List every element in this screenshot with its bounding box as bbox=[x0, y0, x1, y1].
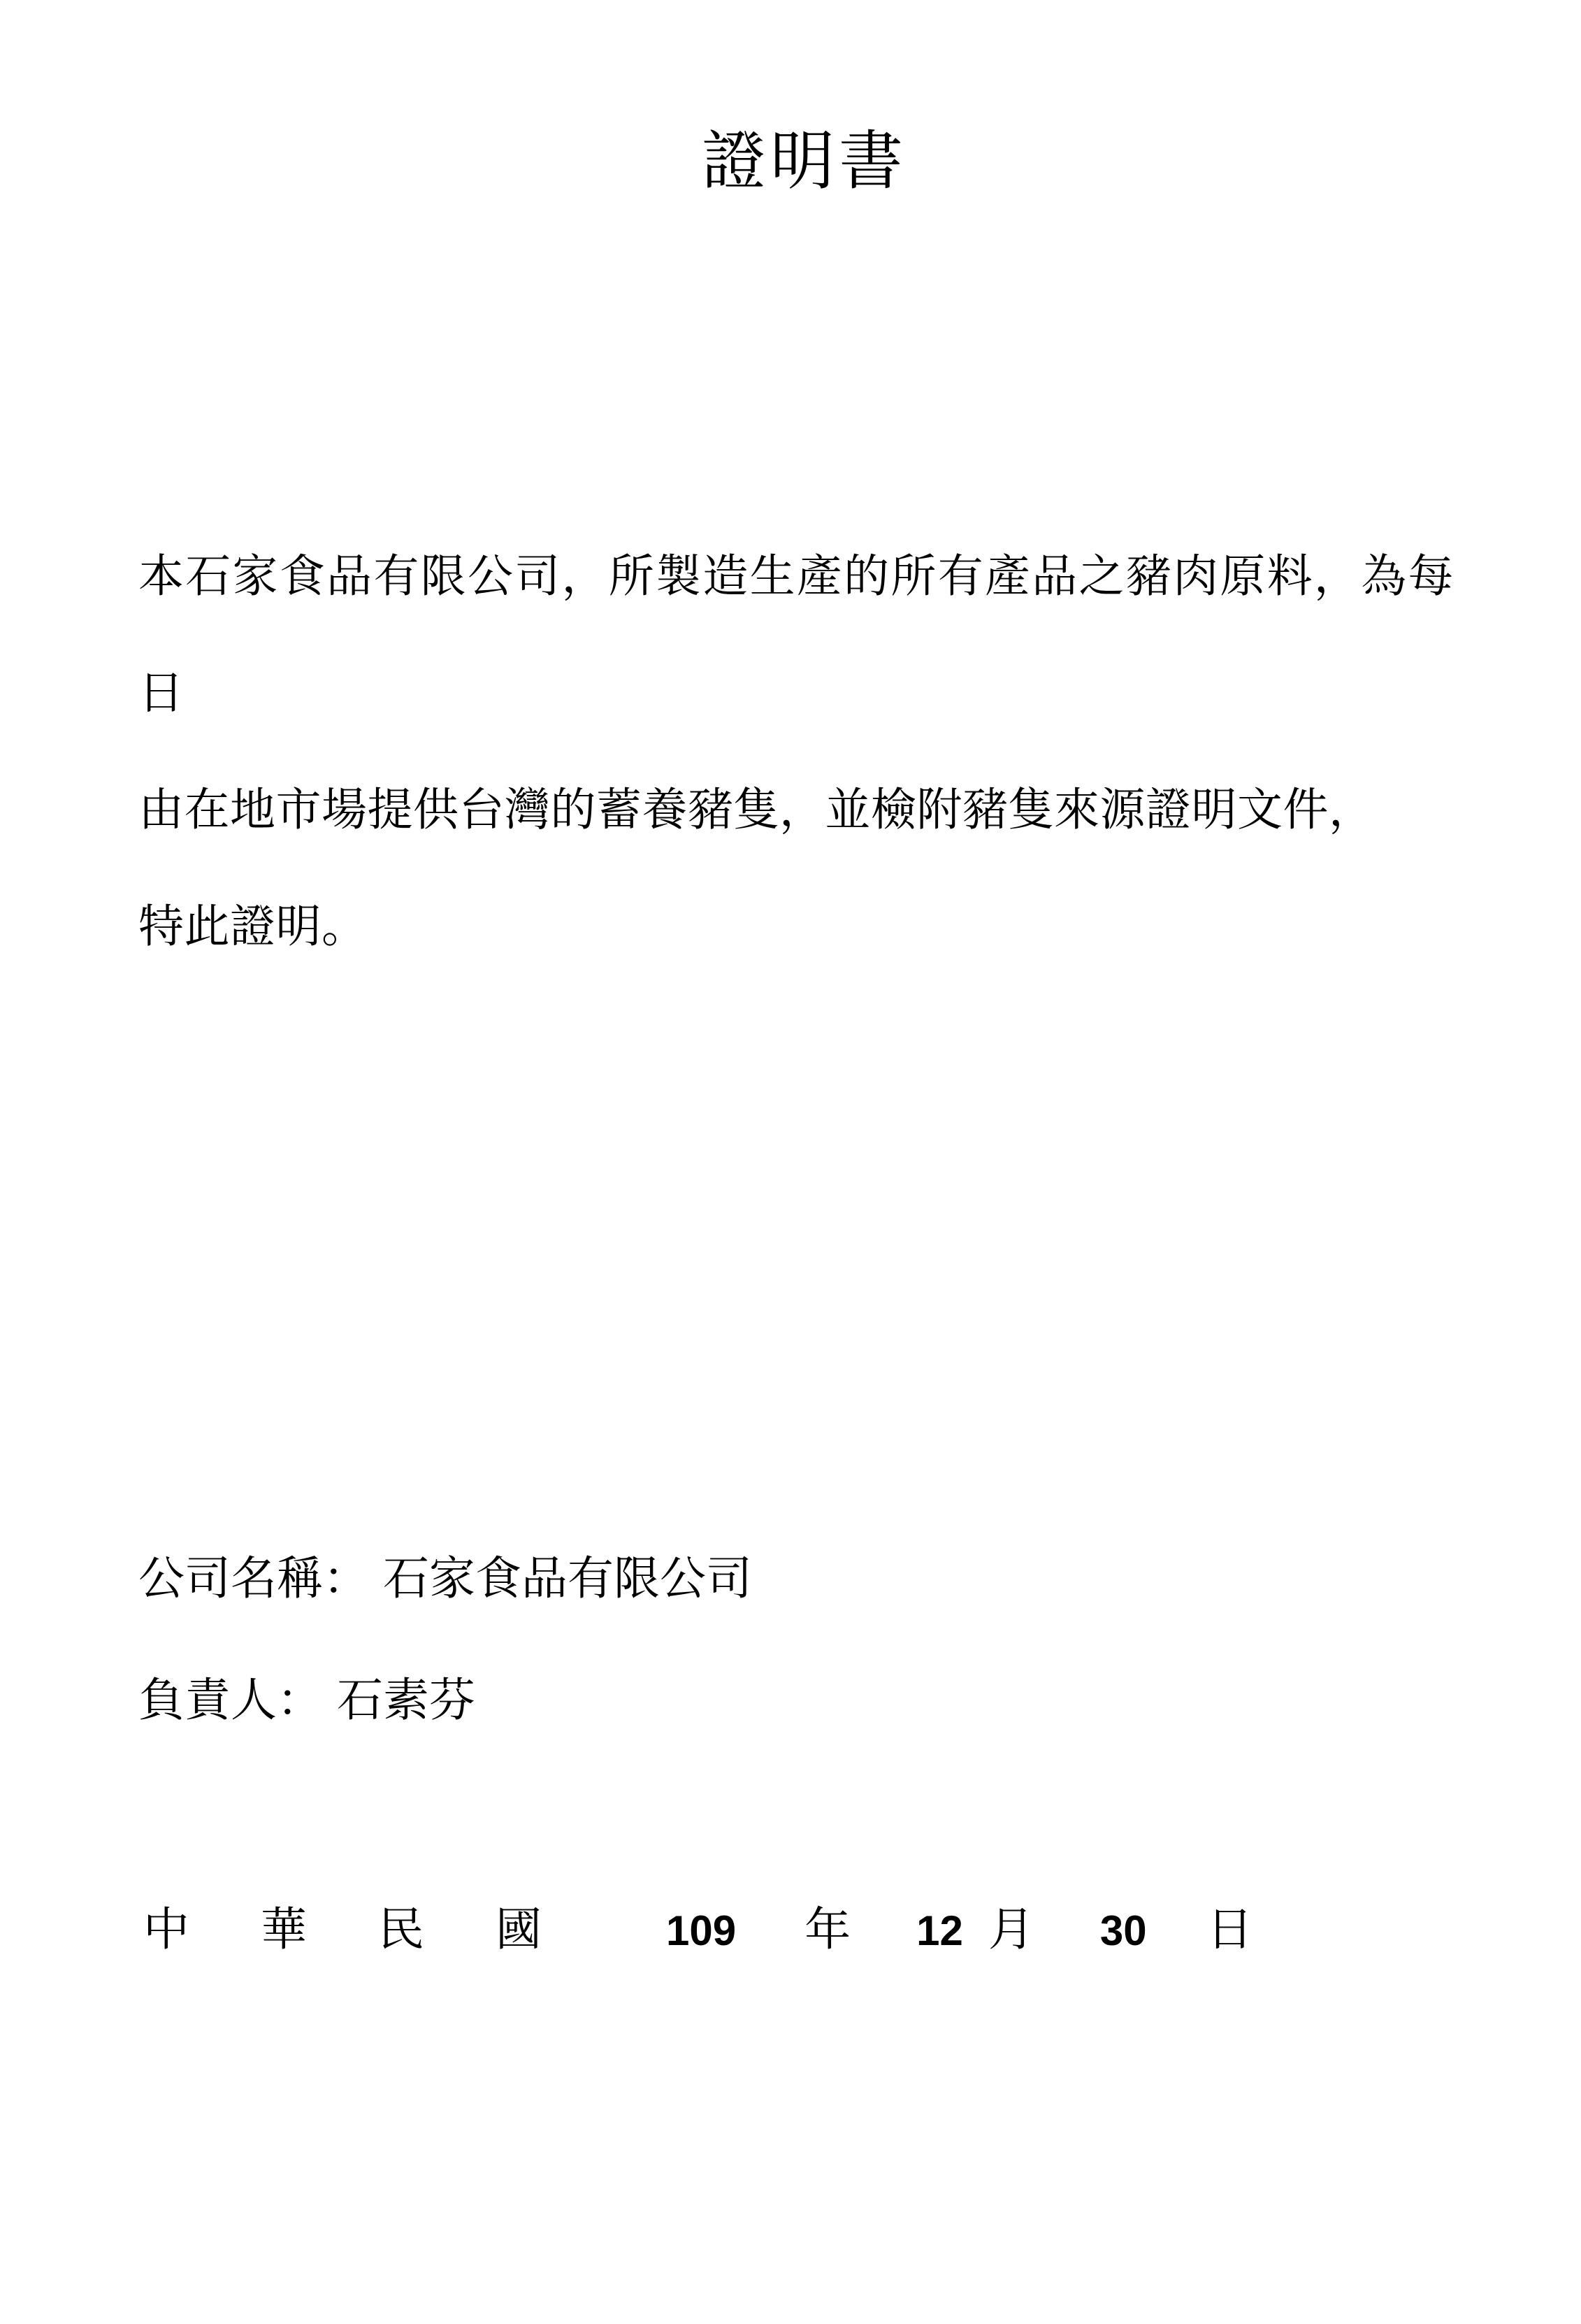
date-era-char-1: 中 bbox=[143, 1907, 189, 1953]
date-era-char-3: 民 bbox=[378, 1907, 424, 1953]
company-owner-label: 負責人： bbox=[138, 1675, 323, 1726]
date-day-label: 日 bbox=[1207, 1907, 1253, 1953]
company-name-label: 公司名稱： bbox=[138, 1554, 369, 1605]
date-era-char-2: 華 bbox=[261, 1907, 307, 1953]
page-title: 證明書 bbox=[138, 120, 1451, 203]
certificate-body: 本石家食品有限公司，所製造生產的所有產品之豬肉原料，為每日 由在地市場提供台灣的… bbox=[138, 519, 1454, 986]
date-month-label: 月 bbox=[988, 1907, 1034, 1953]
date-era-char-4: 國 bbox=[496, 1907, 542, 1953]
body-line-2: 由在地市場提供台灣的蓄養豬隻，並檢附豬隻來源證明文件， bbox=[138, 752, 1454, 869]
company-info: 公司名稱：石家食品有限公司 負責人：石素芬 bbox=[138, 1519, 752, 1762]
body-line-3: 特此證明。 bbox=[138, 869, 1454, 986]
company-owner-value: 石素芬 bbox=[337, 1675, 475, 1726]
date-day-number: 30 bbox=[1100, 1908, 1147, 1954]
date-line: 中華民國109年12月30日 bbox=[143, 1907, 1253, 1954]
company-owner-line: 負責人：石素芬 bbox=[138, 1640, 752, 1762]
date-month-number: 12 bbox=[916, 1908, 963, 1954]
body-line-1: 本石家食品有限公司，所製造生產的所有產品之豬肉原料，為每日 bbox=[138, 519, 1454, 752]
company-name-line: 公司名稱：石家食品有限公司 bbox=[138, 1519, 752, 1640]
date-year-number: 109 bbox=[666, 1908, 736, 1954]
company-name-value: 石家食品有限公司 bbox=[383, 1554, 752, 1605]
certificate-page: 證明書 本石家食品有限公司，所製造生產的所有產品之豬肉原料，為每日 由在地市場提… bbox=[0, 0, 1581, 2324]
date-year-label: 年 bbox=[804, 1907, 851, 1953]
